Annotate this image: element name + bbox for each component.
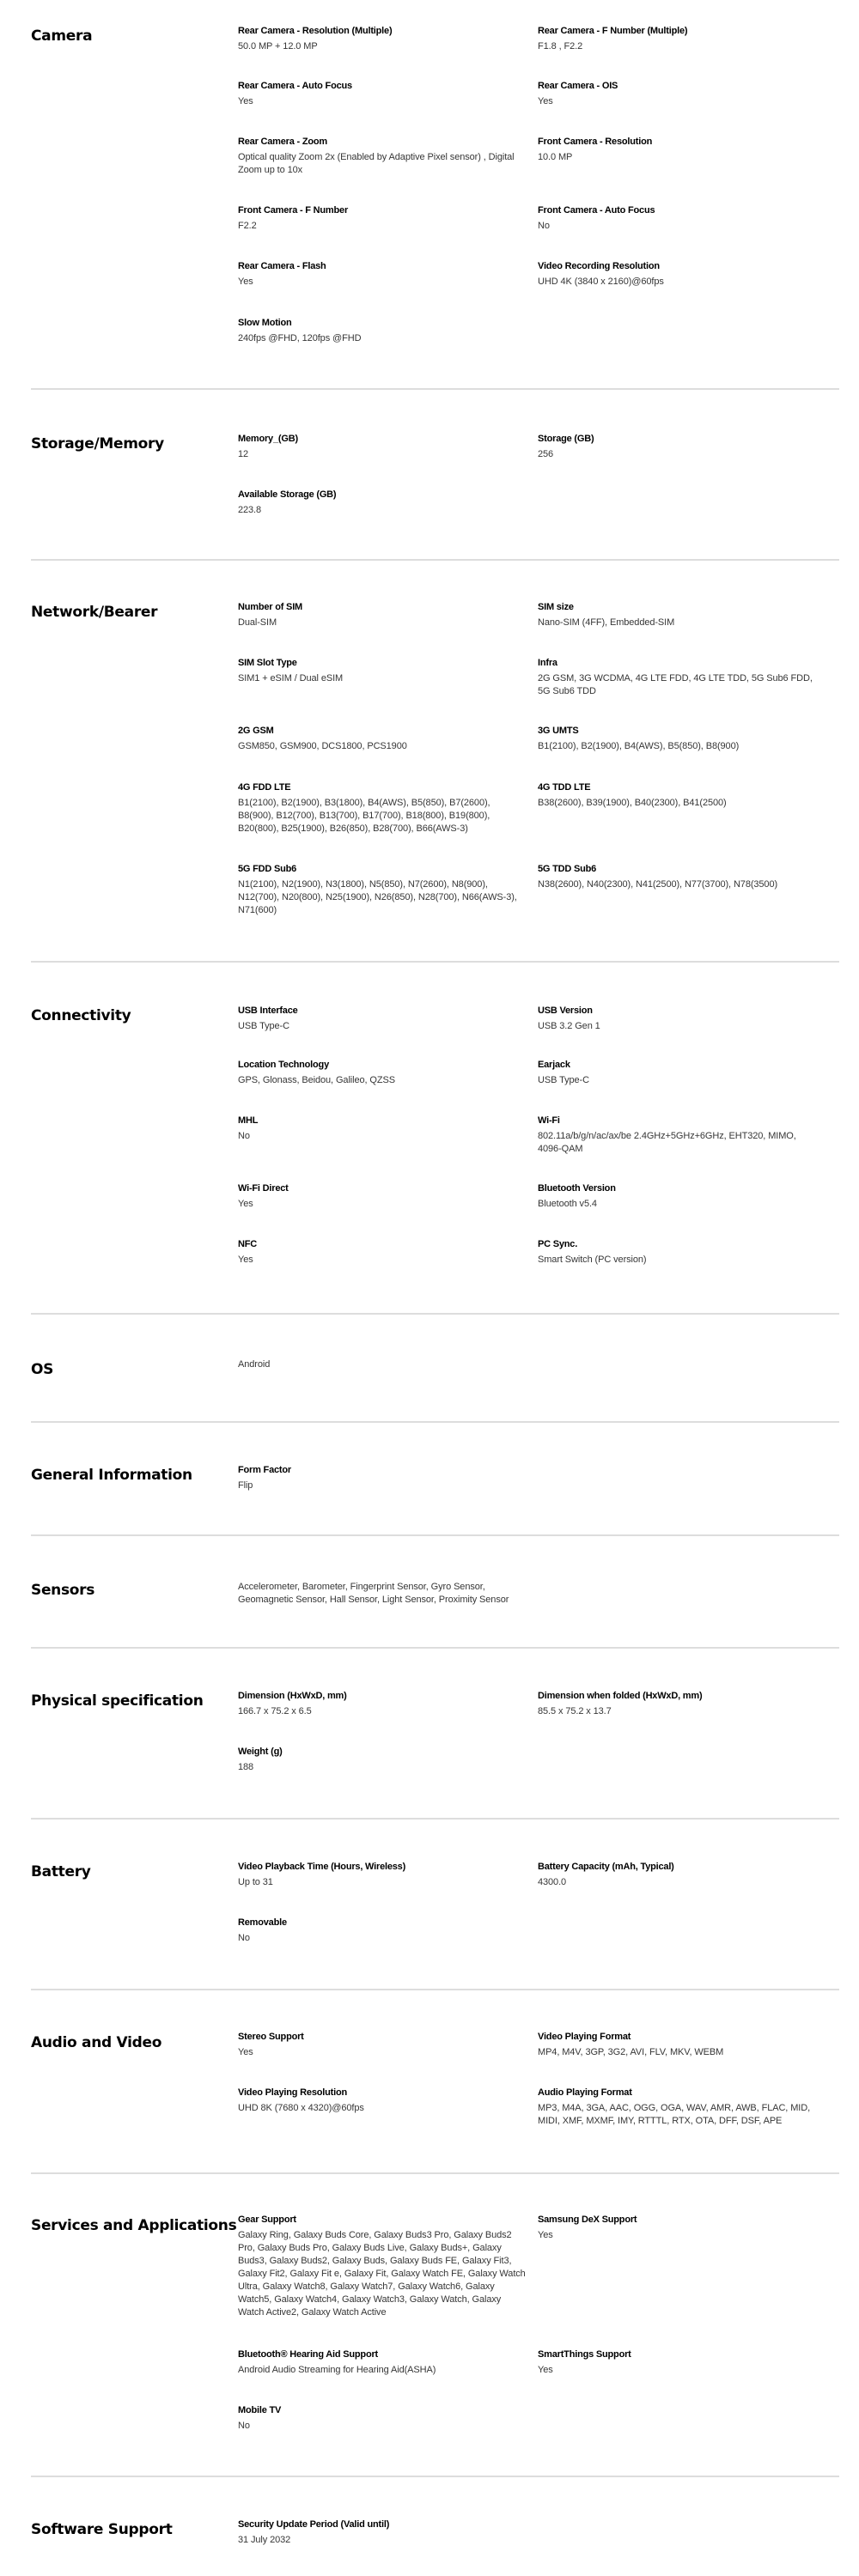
spec-label: Wi-Fi Direct [238, 1182, 517, 1194]
spec-label: Video Recording Resolution [538, 260, 817, 272]
spec-item: Wi-Fi Direct Yes [238, 1182, 517, 1211]
spec-value: N1(2100), N2(1900), N3(1800), N5(850), N… [238, 878, 517, 917]
spec-item: Rear Camera - Flash Yes [238, 260, 517, 289]
spec-value: 802.11a/b/g/n/ac/ax/be 2.4GHz+5GHz+6GHz,… [538, 1130, 821, 1156]
spec-value: Bluetooth v5.4 [538, 1198, 817, 1211]
spec-label: 4G TDD LTE [538, 781, 817, 793]
spec-item: SIM Slot Type SIM1 + eSIM / Dual eSIM [238, 657, 517, 685]
spec-value: Yes [238, 2046, 517, 2059]
section-title: Connectivity [31, 1006, 228, 1025]
section-divider [31, 2172, 839, 2174]
spec-label: Rear Camera - OIS [538, 80, 817, 92]
spec-value: Nano-SIM (4FF), Embedded-SIM [538, 617, 817, 629]
spec-item: 4G FDD LTE B1(2100), B2(1900), B3(1800),… [238, 781, 517, 835]
spec-label: PC Sync. [538, 1238, 817, 1250]
spec-label: Slow Motion [238, 317, 517, 329]
spec-item: PC Sync. Smart Switch (PC version) [538, 1238, 817, 1267]
section-divider [31, 1534, 839, 1536]
spec-item: Android [238, 1358, 517, 1371]
spec-value: USB 3.2 Gen 1 [538, 1020, 817, 1033]
spec-item: Available Storage (GB) 223.8 [238, 489, 517, 517]
spec-value: Yes [238, 95, 517, 108]
spec-label: SIM Slot Type [238, 657, 517, 669]
spec-value: 4300.0 [538, 1876, 817, 1889]
spec-value: Yes [538, 2229, 817, 2242]
spec-item: NFC Yes [238, 1238, 517, 1267]
spec-value: SIM1 + eSIM / Dual eSIM [238, 672, 517, 685]
spec-value: B1(2100), B2(1900), B3(1800), B4(AWS), B… [238, 797, 517, 835]
spec-item: Bluetooth® Hearing Aid Support Android A… [238, 2348, 517, 2377]
spec-item: 5G FDD Sub6 N1(2100), N2(1900), N3(1800)… [238, 863, 517, 917]
spec-value: F2.2 [238, 220, 517, 233]
spec-label: Video Playing Resolution [238, 2087, 517, 2099]
spec-item: MHL No [238, 1115, 517, 1143]
spec-label: Available Storage (GB) [238, 489, 517, 501]
spec-label: 4G FDD LTE [238, 781, 517, 793]
spec-value: 256 [538, 448, 817, 461]
spec-label: Memory_(GB) [238, 433, 517, 445]
section-title: Storage/Memory [31, 434, 228, 453]
section-title: Services and Applications [31, 2216, 246, 2235]
spec-value: Android Audio Streaming for Hearing Aid(… [238, 2364, 517, 2377]
spec-label: Infra [538, 657, 821, 669]
spec-item: 4G TDD LTE B38(2600), B39(1900), B40(230… [538, 781, 817, 810]
spec-label: Bluetooth Version [538, 1182, 817, 1194]
spec-item: Storage (GB) 256 [538, 433, 817, 461]
spec-label: Wi-Fi [538, 1115, 821, 1127]
section-title: OS [31, 1360, 228, 1379]
spec-value: 188 [238, 1761, 517, 1774]
spec-item: SIM size Nano-SIM (4FF), Embedded-SIM [538, 601, 817, 629]
spec-item: Rear Camera - Zoom Optical quality Zoom … [238, 136, 517, 177]
spec-label: Removable [238, 1917, 517, 1929]
spec-item: Number of SIM Dual-SIM [238, 601, 517, 629]
spec-label: 3G UMTS [538, 725, 817, 737]
spec-value: Android [238, 1358, 517, 1371]
spec-item: Dimension when folded (HxWxD, mm) 85.5 x… [538, 1690, 817, 1718]
spec-label: MHL [238, 1115, 517, 1127]
spec-label: Rear Camera - Resolution (Multiple) [238, 25, 517, 37]
spec-value: GSM850, GSM900, DCS1800, PCS1900 [238, 740, 517, 753]
section-divider [31, 1421, 839, 1423]
spec-value: 240fps @FHD, 120fps @FHD [238, 332, 517, 345]
spec-value: Yes [238, 276, 517, 289]
spec-item: Samsung DeX Support Yes [538, 2214, 817, 2242]
spec-item: 5G TDD Sub6 N38(2600), N40(2300), N41(25… [538, 863, 817, 891]
spec-item: Earjack USB Type-C [538, 1059, 817, 1087]
section-divider [31, 1313, 839, 1315]
spec-item: Mobile TV No [238, 2404, 517, 2433]
spec-label: Video Playing Format [538, 2031, 817, 2043]
spec-value: Yes [538, 2364, 817, 2377]
section-divider [31, 1647, 839, 1649]
spec-label: Stereo Support [238, 2031, 517, 2043]
spec-value: N38(2600), N40(2300), N41(2500), N77(370… [538, 878, 817, 891]
spec-value: No [538, 220, 817, 233]
spec-item: Location Technology GPS, Glonass, Beidou… [238, 1059, 517, 1087]
spec-item: Form Factor Flip [238, 1464, 517, 1492]
spec-value: 50.0 MP + 12.0 MP [238, 40, 517, 53]
spec-item: Video Playback Time (Hours, Wireless) Up… [238, 1861, 517, 1889]
spec-value: USB Type-C [238, 1020, 517, 1033]
spec-item: Rear Camera - Auto Focus Yes [238, 80, 517, 108]
spec-item: Front Camera - F Number F2.2 [238, 204, 517, 233]
spec-value: USB Type-C [538, 1074, 817, 1087]
spec-item: Audio Playing Format MP3, M4A, 3GA, AAC,… [538, 2087, 821, 2128]
spec-label: Samsung DeX Support [538, 2214, 817, 2226]
spec-item: Battery Capacity (mAh, Typical) 4300.0 [538, 1861, 817, 1889]
spec-label: Location Technology [238, 1059, 517, 1071]
spec-item: Rear Camera - OIS Yes [538, 80, 817, 108]
spec-item: Rear Camera - F Number (Multiple) F1.8 ,… [538, 25, 817, 53]
spec-label: Number of SIM [238, 601, 517, 613]
spec-item: Video Recording Resolution UHD 4K (3840 … [538, 260, 817, 289]
spec-value: Yes [538, 95, 817, 108]
section-title: Battery [31, 1862, 228, 1881]
spec-label: USB Version [538, 1005, 817, 1017]
spec-value: B38(2600), B39(1900), B40(2300), B41(250… [538, 797, 817, 810]
spec-label: Rear Camera - Auto Focus [238, 80, 517, 92]
spec-label: Front Camera - Auto Focus [538, 204, 817, 216]
spec-item: 3G UMTS B1(2100), B2(1900), B4(AWS), B5(… [538, 725, 817, 753]
spec-value: 12 [238, 448, 517, 461]
spec-value: Optical quality Zoom 2x (Enabled by Adap… [238, 151, 517, 177]
spec-value: B1(2100), B2(1900), B4(AWS), B5(850), B8… [538, 740, 817, 753]
spec-label: 5G TDD Sub6 [538, 863, 817, 875]
spec-label: Security Update Period (Valid until) [238, 2518, 517, 2530]
spec-item: Front Camera - Auto Focus No [538, 204, 817, 233]
section-title: Physical specification [31, 1692, 228, 1710]
spec-label: 5G FDD Sub6 [238, 863, 517, 875]
spec-item: SmartThings Support Yes [538, 2348, 817, 2377]
spec-item: Stereo Support Yes [238, 2031, 517, 2059]
spec-label: SIM size [538, 601, 817, 613]
spec-value: Up to 31 [238, 1876, 517, 1889]
spec-label: Video Playback Time (Hours, Wireless) [238, 1861, 517, 1873]
section-divider [31, 2476, 839, 2477]
spec-value: MP4, M4V, 3GP, 3G2, AVI, FLV, MKV, WEBM [538, 2046, 817, 2059]
spec-item: 2G GSM GSM850, GSM900, DCS1800, PCS1900 [238, 725, 517, 753]
spec-value: Smart Switch (PC version) [538, 1254, 817, 1267]
spec-value: Yes [238, 1198, 517, 1211]
spec-item: Rear Camera - Resolution (Multiple) 50.0… [238, 25, 517, 53]
spec-item: Front Camera - Resolution 10.0 MP [538, 136, 817, 164]
spec-label: Audio Playing Format [538, 2087, 821, 2099]
spec-value: Flip [238, 1479, 517, 1492]
spec-value: 10.0 MP [538, 151, 817, 164]
spec-value: 166.7 x 75.2 x 6.5 [238, 1705, 517, 1718]
spec-value: No [238, 2420, 517, 2433]
spec-value: No [238, 1130, 517, 1143]
spec-value: 2G GSM, 3G WCDMA, 4G LTE FDD, 4G LTE TDD… [538, 672, 821, 698]
spec-item: Accelerometer, Barometer, Fingerprint Se… [238, 1581, 521, 1607]
spec-label: USB Interface [238, 1005, 517, 1017]
spec-label: Front Camera - F Number [238, 204, 517, 216]
spec-item: Memory_(GB) 12 [238, 433, 517, 461]
section-divider [31, 388, 839, 390]
spec-item: Gear Support Galaxy Ring, Galaxy Buds Co… [238, 2214, 526, 2319]
spec-item: USB Interface USB Type-C [238, 1005, 517, 1033]
section-title: Audio and Video [31, 2033, 228, 2052]
spec-value: 31 July 2032 [238, 2534, 517, 2547]
spec-value: UHD 8K (7680 x 4320)@60fps [238, 2102, 517, 2115]
spec-item: Slow Motion 240fps @FHD, 120fps @FHD [238, 317, 517, 345]
spec-label: Dimension when folded (HxWxD, mm) [538, 1690, 817, 1702]
section-title: General Information [31, 1466, 228, 1485]
spec-label: Rear Camera - Zoom [238, 136, 517, 148]
spec-value: UHD 4K (3840 x 2160)@60fps [538, 276, 817, 289]
section-title: Sensors [31, 1581, 228, 1600]
spec-label: Rear Camera - Flash [238, 260, 517, 272]
spec-label: Storage (GB) [538, 433, 817, 445]
spec-item: Infra 2G GSM, 3G WCDMA, 4G LTE FDD, 4G L… [538, 657, 821, 698]
spec-value: MP3, M4A, 3GA, AAC, OGG, OGA, WAV, AMR, … [538, 2102, 821, 2128]
spec-item: Dimension (HxWxD, mm) 166.7 x 75.2 x 6.5 [238, 1690, 517, 1718]
section-title: Network/Bearer [31, 603, 228, 622]
spec-item: Weight (g) 188 [238, 1746, 517, 1774]
spec-value: F1.8 , F2.2 [538, 40, 817, 53]
spec-label: SmartThings Support [538, 2348, 817, 2360]
spec-value: 223.8 [238, 504, 517, 517]
spec-label: Battery Capacity (mAh, Typical) [538, 1861, 817, 1873]
spec-value: Dual-SIM [238, 617, 517, 629]
spec-label: Weight (g) [238, 1746, 517, 1758]
spec-label: Front Camera - Resolution [538, 136, 817, 148]
spec-label: Mobile TV [238, 2404, 517, 2416]
section-divider [31, 961, 839, 963]
spec-label: Rear Camera - F Number (Multiple) [538, 25, 817, 37]
spec-value: GPS, Glonass, Beidou, Galileo, QZSS [238, 1074, 517, 1087]
spec-value: Accelerometer, Barometer, Fingerprint Se… [238, 1581, 521, 1607]
spec-value: 85.5 x 75.2 x 13.7 [538, 1705, 817, 1718]
spec-label: Gear Support [238, 2214, 526, 2226]
spec-item: Video Playing Resolution UHD 8K (7680 x … [238, 2087, 517, 2115]
section-divider [31, 1818, 839, 1820]
spec-value: Galaxy Ring, Galaxy Buds Core, Galaxy Bu… [238, 2229, 526, 2319]
spec-item: USB Version USB 3.2 Gen 1 [538, 1005, 817, 1033]
spec-label: NFC [238, 1238, 517, 1250]
section-divider [31, 559, 839, 561]
spec-label: Earjack [538, 1059, 817, 1071]
section-divider [31, 1989, 839, 1990]
spec-value: Yes [238, 1254, 517, 1267]
spec-value: No [238, 1932, 517, 1945]
spec-label: Bluetooth® Hearing Aid Support [238, 2348, 517, 2360]
spec-label: 2G GSM [238, 725, 517, 737]
spec-item: Bluetooth Version Bluetooth v5.4 [538, 1182, 817, 1211]
spec-item: Wi-Fi 802.11a/b/g/n/ac/ax/be 2.4GHz+5GHz… [538, 1115, 821, 1156]
spec-label: Form Factor [238, 1464, 517, 1476]
spec-item: Video Playing Format MP4, M4V, 3GP, 3G2,… [538, 2031, 817, 2059]
section-title: Software Support [31, 2520, 228, 2539]
section-title: Camera [31, 27, 228, 46]
spec-item: Removable No [238, 1917, 517, 1945]
spec-label: Dimension (HxWxD, mm) [238, 1690, 517, 1702]
spec-item: Security Update Period (Valid until) 31 … [238, 2518, 517, 2547]
